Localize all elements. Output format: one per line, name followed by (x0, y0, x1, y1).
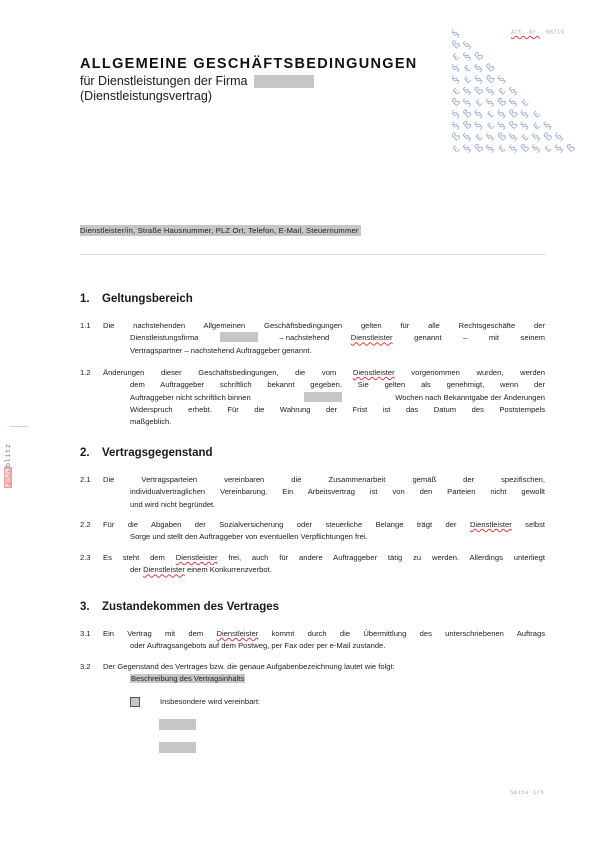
svg-text:§: § (483, 131, 496, 144)
svg-text:§: § (483, 85, 496, 98)
spellcheck-word: Dienstleister (176, 553, 218, 562)
clause-3-1: 3.1 Ein Vertrag mit dem Dienstleister ko… (80, 628, 545, 653)
svg-text:§: § (472, 73, 485, 86)
clause-text: Der Gegenstand des Vertrages bzw. die ge… (103, 661, 545, 673)
document-title: ALLGEMEINE GESCHÄFTSBEDINGUNGEN (80, 56, 418, 72)
svg-text:§: § (472, 62, 485, 75)
svg-text:ε: ε (495, 84, 508, 97)
svg-text:ß: ß (460, 106, 474, 120)
svg-text:§: § (518, 108, 531, 121)
spellcheck-word: Dienstleister (470, 520, 512, 529)
svg-text:ε: ε (518, 96, 531, 109)
svg-text:ß: ß (460, 118, 474, 132)
svg-text:§: § (472, 119, 485, 132)
weeks-field[interactable] (304, 392, 342, 402)
document-subtitle: für Dienstleistungen der Firma (Dienstle… (80, 74, 314, 104)
svg-text:ß: ß (483, 60, 497, 74)
subtitle-contract-type: (Dienstleistungsvertrag) (80, 89, 212, 103)
svg-text:§: § (518, 119, 531, 132)
svg-text:ß: ß (472, 141, 486, 155)
clause-1-2: 1.2 Änderungen dieser Geschäftsbedingung… (80, 367, 545, 428)
svg-text:§: § (495, 73, 508, 86)
section-number: 2. (80, 447, 102, 459)
svg-text:ß: ß (495, 95, 509, 109)
svg-text:§: § (552, 131, 565, 144)
clause-number: 2.3 (80, 552, 91, 564)
svg-text:ε: ε (529, 107, 542, 120)
clause-text: – nachstehend (279, 332, 329, 344)
svg-text:ß: ß (518, 141, 532, 155)
clause-2-1: 2.1 Die Vertragsparteien vereinbaren die… (80, 474, 545, 511)
spellcheck-word: Dienstleister (217, 629, 259, 638)
svg-text:ε: ε (460, 61, 473, 74)
svg-text:ß: ß (472, 83, 486, 97)
svg-text:§: § (460, 85, 473, 98)
section-heading-2: 2.Vertragsgegenstand (80, 447, 213, 459)
provider-info-field[interactable]: Dienstleister/in, Straße Hausnummer, PLZ… (80, 225, 361, 236)
section-heading-1: 1.Geltungsbereich (80, 293, 193, 305)
svg-text:ε: ε (541, 142, 554, 155)
svg-text:ß: ß (541, 129, 555, 143)
firm-name-field[interactable] (254, 75, 314, 88)
svg-text:§: § (495, 108, 508, 121)
section-title: Vertragsgegenstand (102, 447, 213, 459)
clause-number: 2.2 (80, 519, 91, 531)
svg-text:ε: ε (483, 107, 496, 120)
svg-text:§: § (506, 131, 519, 144)
svg-text:§: § (552, 142, 565, 155)
svg-text:ε: ε (495, 142, 508, 155)
svg-text:§: § (460, 50, 473, 63)
svg-text:ε: ε (460, 73, 473, 86)
svg-text:§: § (506, 96, 519, 109)
svg-text:§: § (452, 108, 462, 121)
svg-text:§: § (460, 142, 473, 155)
section-title: Zustandekommen des Vertrages (102, 601, 279, 613)
svg-text:§: § (452, 73, 462, 86)
clause-2-2: 2.2 Für die Abgaben der Sozialversicheru… (80, 519, 545, 544)
spellcheck-word: Dienstleister (353, 368, 395, 377)
section-title: Geltungsbereich (102, 293, 193, 305)
contract-description-field[interactable]: Beschreibung des Vertragsinhalts (130, 674, 245, 683)
side-divider (10, 426, 28, 427)
section-heading-3: 3.Zustandekommen des Vertrages (80, 601, 279, 613)
divider (80, 254, 546, 255)
svg-text:ε: ε (518, 130, 531, 143)
svg-text:§: § (483, 142, 496, 155)
svg-text:§: § (506, 85, 519, 98)
agreement-field-1[interactable] (159, 719, 196, 730)
svg-text:§: § (529, 131, 542, 144)
clause-number: 1.2 (80, 367, 91, 379)
svg-text:§: § (452, 62, 462, 75)
clause-number: 1.1 (80, 320, 91, 332)
clause-number: 3.1 (80, 628, 91, 640)
clause-number: 2.1 (80, 474, 91, 486)
page-number: Seite 1/5 (510, 790, 544, 796)
svg-text:§: § (495, 119, 508, 132)
clause-2-3: 2.3 Es steht dem Dienstleister frei, auc… (80, 552, 545, 577)
svg-text:§: § (506, 142, 519, 155)
svg-text:§: § (460, 96, 473, 109)
svg-text:ß: ß (564, 141, 578, 155)
decorative-paragraph-pattern-icon: §ß§ε§ß§ε§ß§ε§ß§ε§ß§ε§ß§ε§ß§ε§ß§ε§ß§ε§ß§ε… (452, 28, 580, 158)
svg-text:ß: ß (472, 49, 486, 63)
clause-1-1-body: 1.1 Die nachstehenden Allgemeinen Geschä… (80, 320, 545, 360)
svg-text:§: § (541, 119, 554, 132)
svg-text:§: § (460, 131, 473, 144)
clause-3-2: 3.2 Der Gegenstand des Vertrages bzw. di… (80, 661, 545, 673)
svg-text:ß: ß (495, 129, 509, 143)
agreement-field-2[interactable] (159, 742, 196, 753)
subtitle-firm-text: für Dienstleistungen der Firma (80, 74, 247, 88)
clause-number: 3.2 (80, 661, 91, 673)
spellcheck-word: Dienstleister (351, 332, 393, 344)
firm-field[interactable] (220, 332, 258, 342)
section-number: 3. (80, 601, 102, 613)
svg-text:§: § (529, 142, 542, 155)
checkbox-label: Insbesondere wird vereinbart: (160, 697, 260, 706)
svg-text:ε: ε (483, 119, 496, 132)
svg-text:ε: ε (472, 96, 485, 109)
svg-text:§: § (472, 108, 485, 121)
svg-text:ε: ε (472, 130, 485, 143)
brand-blitz: blitz (4, 444, 12, 468)
svg-text:§: § (460, 39, 473, 52)
formblitz-logo: FORMblitz (4, 444, 12, 488)
svg-text:ß: ß (506, 118, 520, 132)
agreement-checkbox[interactable] (130, 697, 140, 707)
svg-text:ε: ε (529, 119, 542, 132)
svg-text:ß: ß (483, 72, 497, 86)
brand-form: FORM (4, 467, 12, 488)
svg-text:ß: ß (506, 106, 520, 120)
spellcheck-word: Dienstleister (143, 565, 185, 574)
section-number: 1. (80, 293, 102, 305)
svg-text:§: § (483, 96, 496, 109)
